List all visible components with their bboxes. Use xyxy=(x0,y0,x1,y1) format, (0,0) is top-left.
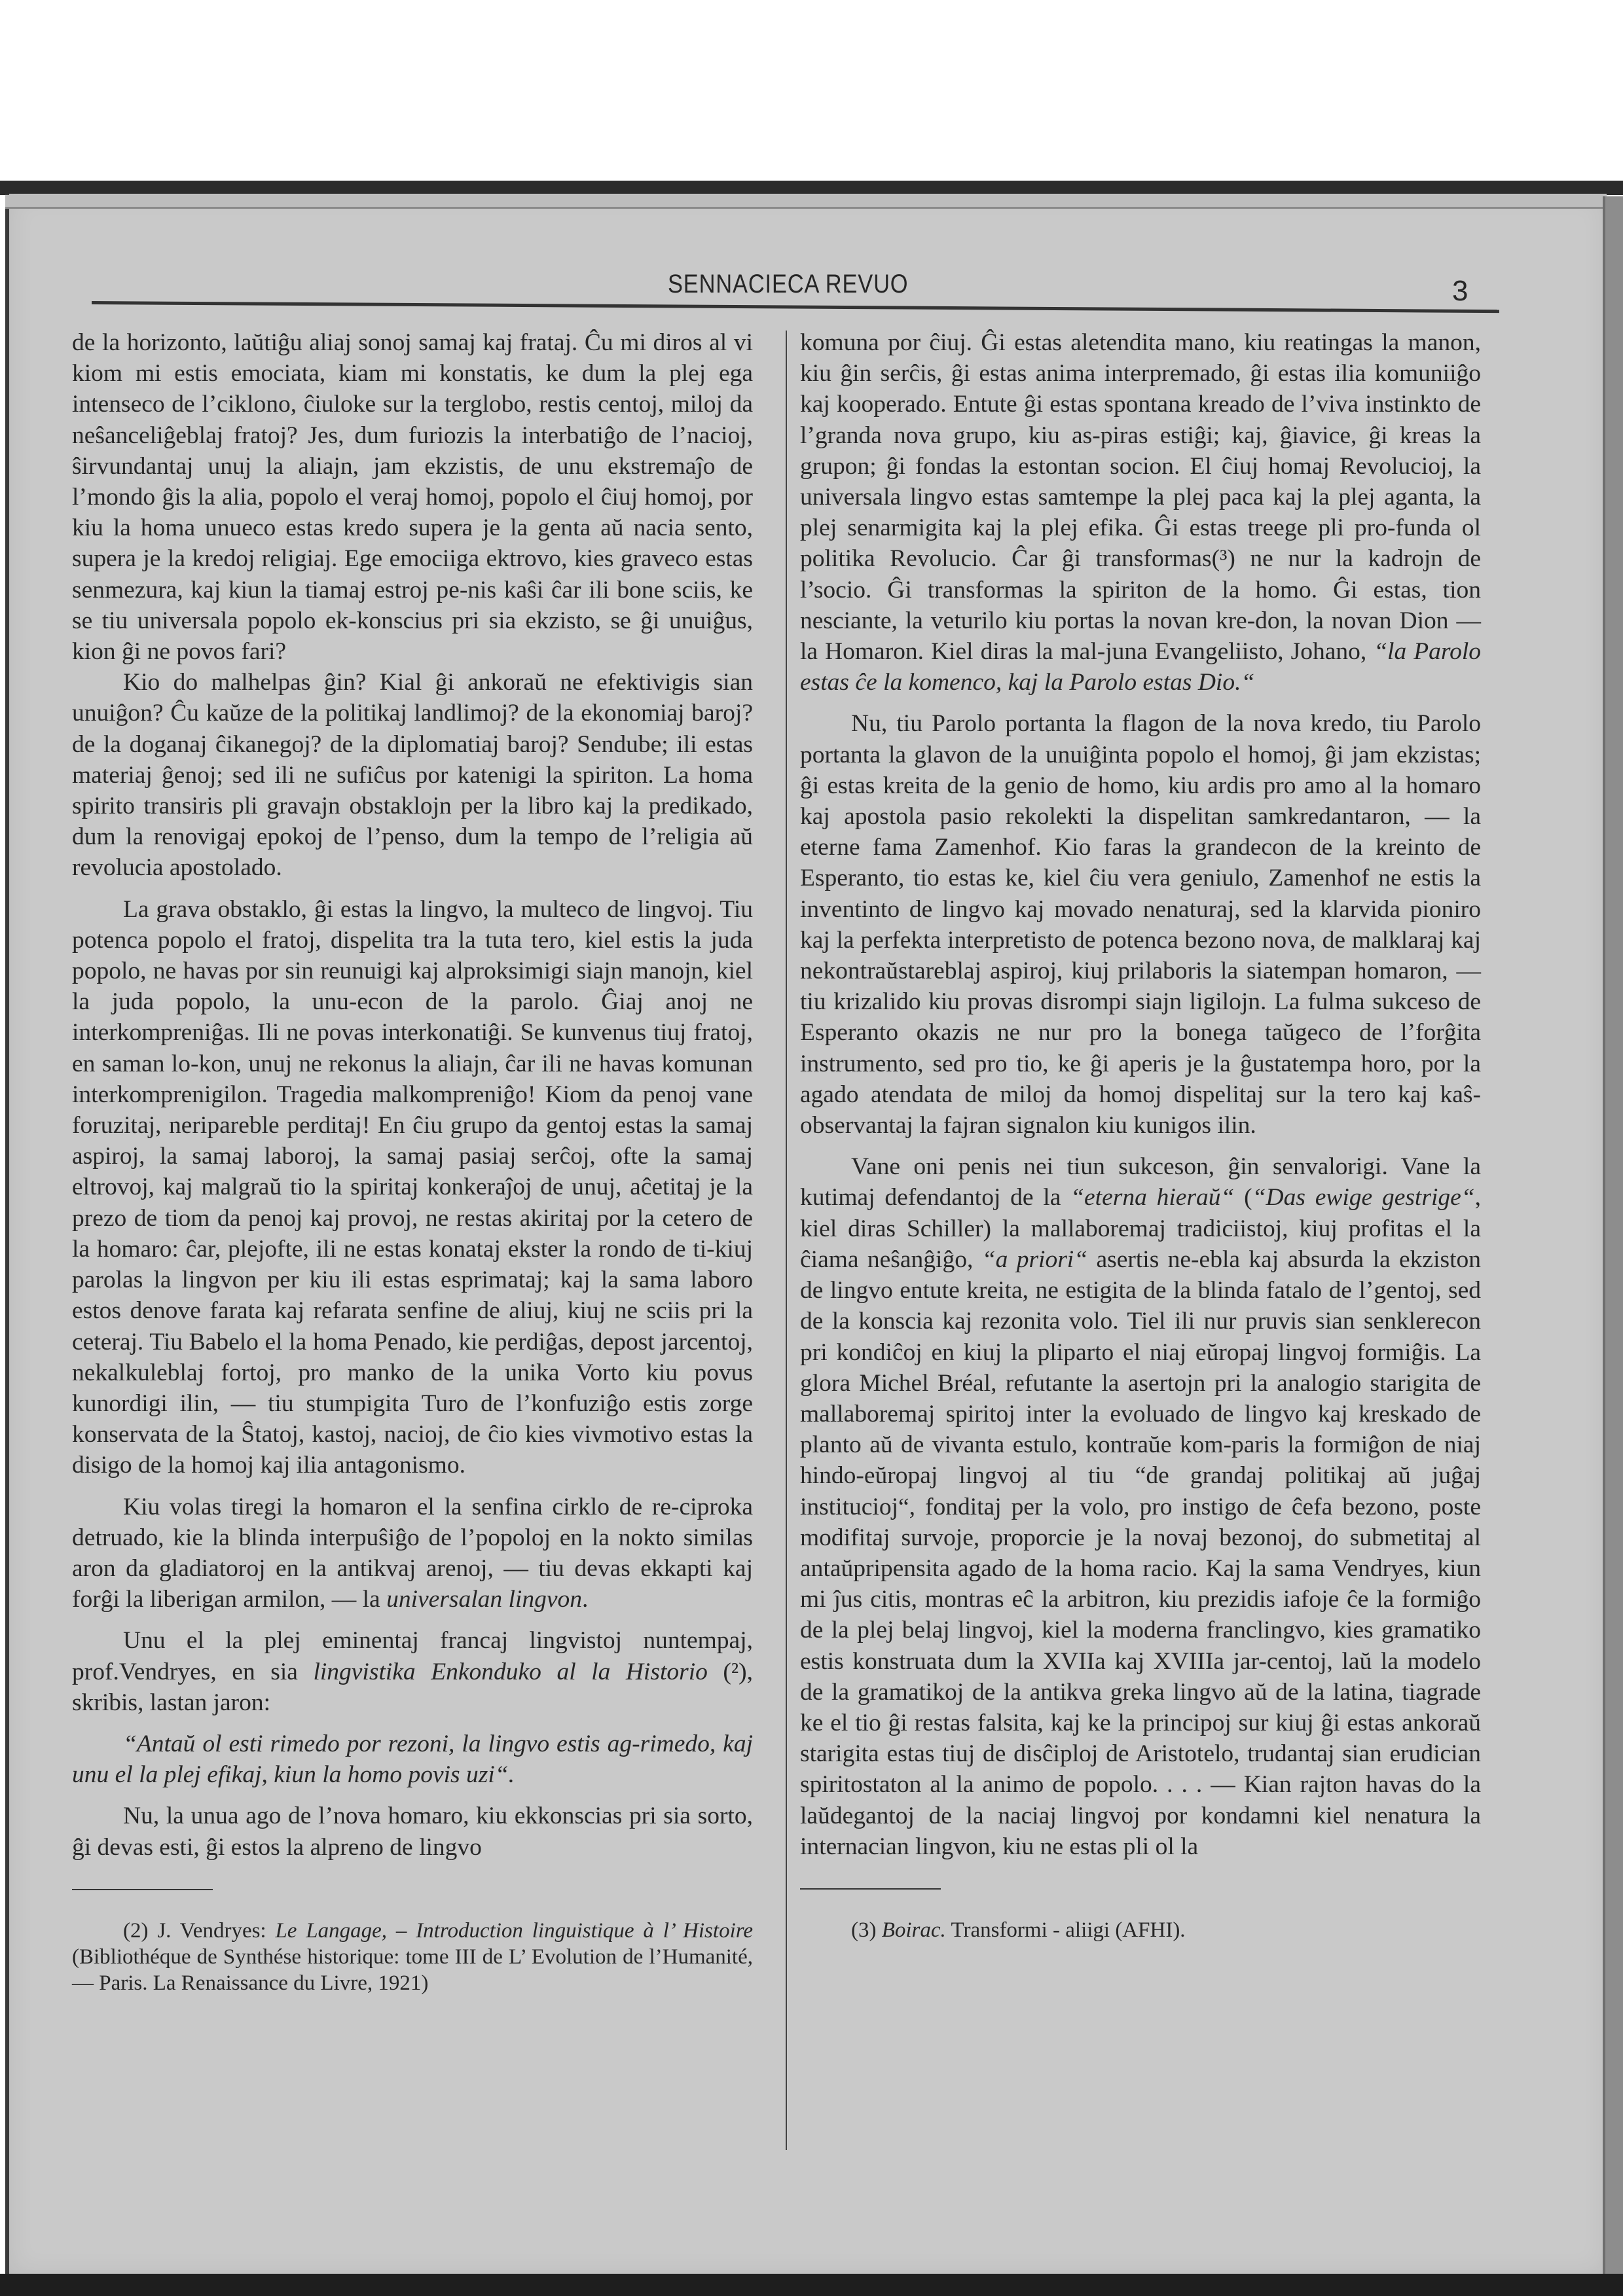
paragraph: Nu, la unua ago de l’nova homaro, kiu ek… xyxy=(72,1801,753,1862)
paragraph: Nu, tiu Parolo portanta la flagon de la … xyxy=(800,708,1481,1141)
column-divider xyxy=(786,331,787,2150)
running-header: SENNACIECA REVUO 3 xyxy=(92,262,1499,308)
footnote-3: (3) Boirac. Transformi - aliigi (AFHI). xyxy=(800,1917,1481,1943)
book-title: lingvistika Enkonduko al la Historio xyxy=(313,1659,707,1685)
paragraph: komuna por ĉiuj. Ĝi estas aletendita man… xyxy=(800,327,1481,698)
paragraph: Kio do malhelpas ĝin? Kial ĝi ankoraŭ ne… xyxy=(72,667,753,883)
paragraph: La grava obstaklo, ĝi estas la lingvo, l… xyxy=(72,894,753,1481)
footnote-2: (2) J. Vendryes: Le Langage, – Introduct… xyxy=(72,1918,753,1996)
scan-top-edge xyxy=(0,181,1623,195)
block-quote: “Antaŭ ol esti rimedo por rezoni, la lin… xyxy=(72,1729,753,1790)
paragraph: de la horizonto, laŭtiĝu aliaj sonoj sam… xyxy=(72,327,753,667)
paragraph: Kiu volas tiregi la homaron el la senfin… xyxy=(72,1492,753,1615)
emphasis: universalan lingvon xyxy=(386,1586,582,1613)
footnote-rule xyxy=(72,1889,213,1890)
right-column: komuna por ĉiuj. Ĝi estas aletendita man… xyxy=(800,327,1481,1943)
scan-top-margin xyxy=(0,0,1623,181)
scan-bottom-edge xyxy=(0,2274,1623,2296)
left-column: de la horizonto, laŭtiĝu aliaj sonoj sam… xyxy=(72,327,753,1996)
footnote-rule xyxy=(800,1888,941,1890)
paragraph: Unu el la plej eminentaj francaj lingvis… xyxy=(72,1625,753,1718)
journal-title: SENNACIECA REVUO xyxy=(668,270,908,299)
page-number: 3 xyxy=(1452,275,1468,308)
paragraph: Vane oni penis nei tiun sukceson, ĝin se… xyxy=(800,1151,1481,1862)
page-right-border xyxy=(1603,196,1623,2274)
page-top-border xyxy=(5,195,1603,209)
